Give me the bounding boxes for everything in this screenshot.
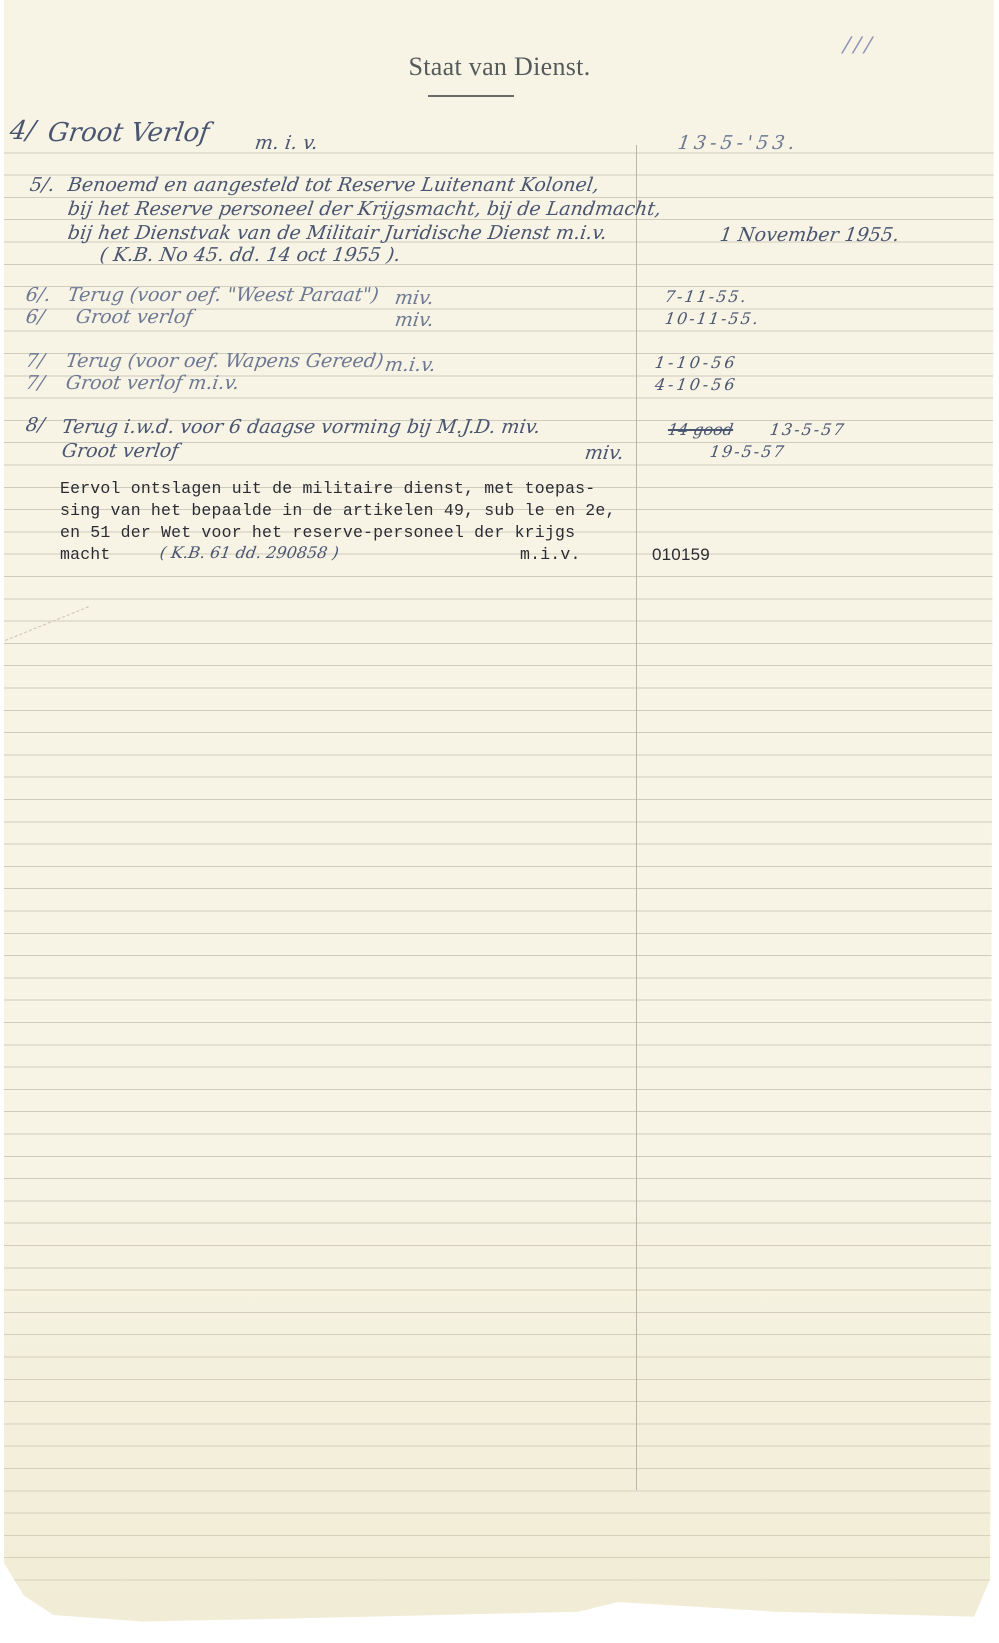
entry-number: 5/. xyxy=(28,174,56,196)
entry-date: 1-10-56 xyxy=(654,353,739,372)
ink-scribble-mark: ⁄ ⁄ ⁄ xyxy=(845,34,870,59)
entry-miv: miv. xyxy=(393,309,435,331)
entry-date: 7-11-55. xyxy=(664,287,749,306)
entry-text-line: bij het Dienstvak van de Militair Juridi… xyxy=(66,222,608,244)
typed-discharge-line: sing van het bepaalde in de artikelen 49… xyxy=(60,501,616,520)
entry-text: Groot Verlof xyxy=(46,118,211,148)
entry-miv: m.i.v. xyxy=(383,354,437,376)
entry-number: 6/. xyxy=(24,284,52,306)
entry-text: Terug (voor oef. "Weest Paraat") xyxy=(66,284,380,306)
struck-date: 14 good xyxy=(667,420,735,439)
typed-discharge-line: Eervol ontslagen uit de militaire dienst… xyxy=(60,479,595,498)
royal-decree-reference: ( K.B. 61 dd. 290858 ) xyxy=(159,543,340,562)
title-underline xyxy=(428,95,514,97)
date-column-divider xyxy=(636,145,637,1490)
entry-text-line: bij het Reserve personeel der Krijgsmach… xyxy=(66,198,662,220)
entry-text-line: Benoemd en aangesteld tot Reserve Luiten… xyxy=(66,174,600,196)
entry-number: 7/ xyxy=(24,372,46,394)
typed-discharge-line: macht xyxy=(60,545,111,564)
entry-text: Groot verlof xyxy=(60,440,180,462)
entry-text: Terug i.w.d. voor 6 daagse vorming bij M… xyxy=(60,416,541,438)
entry-miv: miv. xyxy=(583,442,625,464)
entry-text-line: ( K.B. No 45. dd. 14 oct 1955 ). xyxy=(98,244,401,266)
entry-date: 1 November 1955. xyxy=(718,224,900,246)
entry-date: 10-11-55. xyxy=(664,309,762,328)
entry-number: 7/ xyxy=(24,350,46,372)
entry-date: 13-5-'53. xyxy=(676,132,800,154)
entry-number: 4/ xyxy=(8,116,38,146)
entry-text: Groot verlof xyxy=(74,306,194,328)
entry-number: 6/ xyxy=(24,306,46,328)
entry-text: Terug (voor oef. Wapens Gereed) xyxy=(64,350,385,372)
typed-miv: m.i.v. xyxy=(520,545,581,564)
entry-date: 13-5-57 xyxy=(769,420,847,439)
entry-number: 8/ xyxy=(24,414,46,436)
entry-date: 4-10-56 xyxy=(654,375,739,394)
entry-miv: miv. xyxy=(393,287,435,309)
typed-discharge-line: en 51 der Wet voor het reserve-personeel… xyxy=(60,523,575,542)
entry-text: Groot verlof m.i.v. xyxy=(64,372,240,394)
entry-date: 19-5-57 xyxy=(709,442,787,461)
discharge-date: 010159 xyxy=(652,545,710,565)
entry-miv: m. i. v. xyxy=(253,132,319,154)
